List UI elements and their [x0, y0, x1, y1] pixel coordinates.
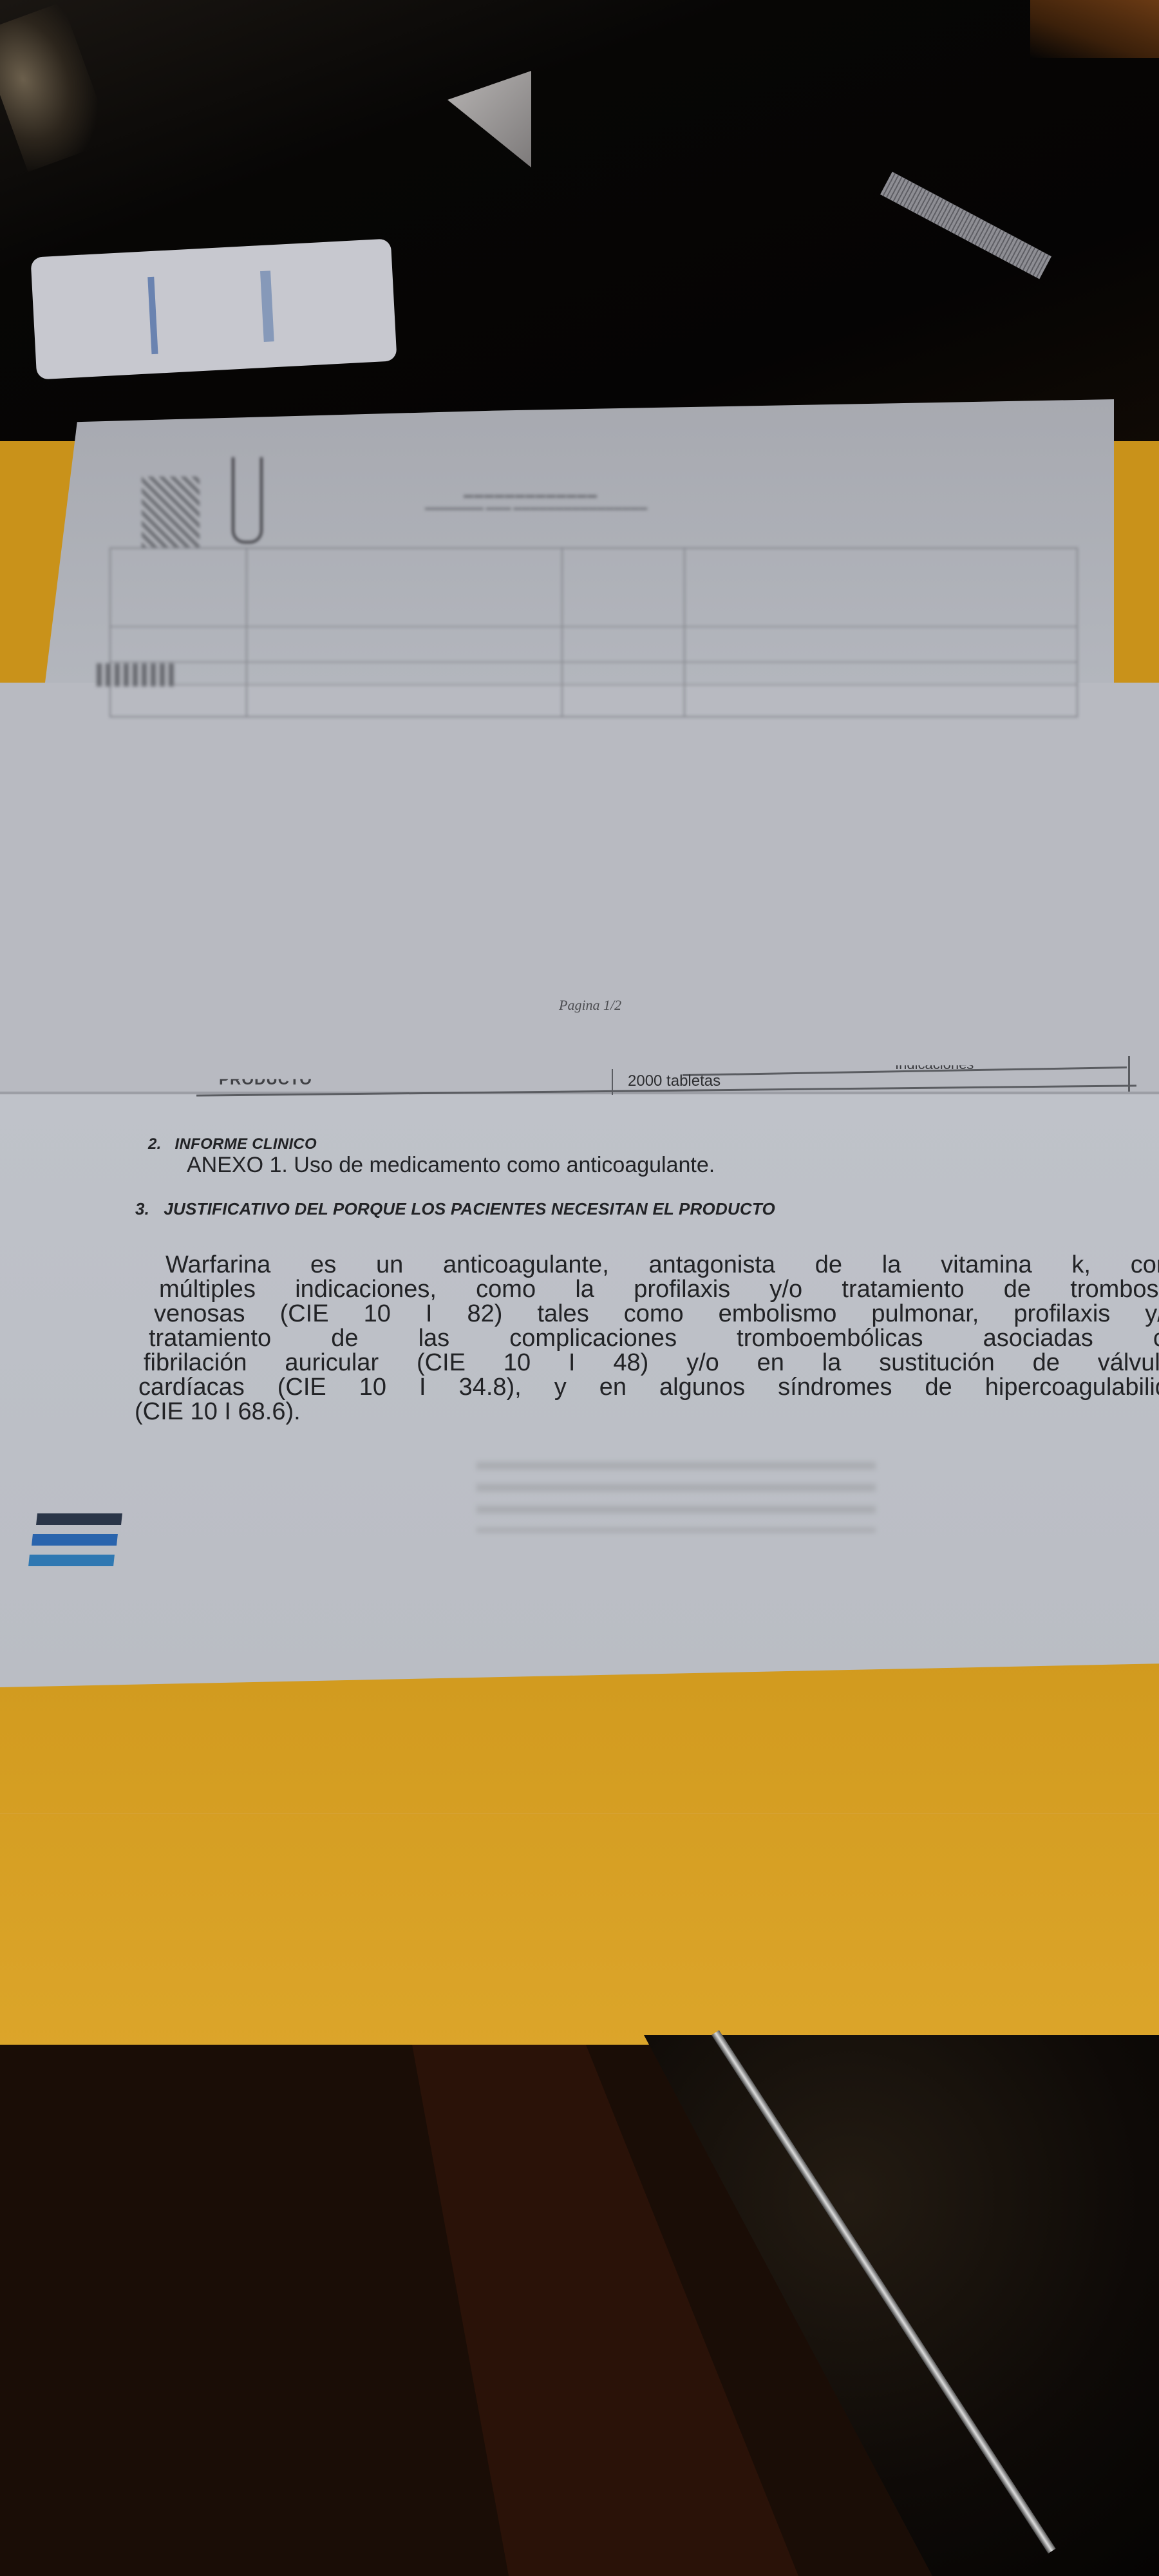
- paragraph-line: tratamiento de las complicaciones trombo…: [149, 1326, 1159, 1350]
- envelope-crease: [0, 1813, 1159, 1814]
- section-3-heading: 3. JUSTIFICATIVO DEL PORQUE LOS PACIENTE…: [135, 1199, 775, 1219]
- card-stripe: [260, 270, 274, 342]
- section-2-body: ANEXO 1. Uso de medicamento como anticoa…: [187, 1153, 715, 1178]
- paragraph-line: fibrilación auricular (CIE 10 I 48) y/o …: [144, 1350, 1159, 1375]
- paragraph-line: (CIE 10 I 68.6).: [135, 1399, 1159, 1424]
- section-3-body: Warfarina es un anticoagulante, antagoni…: [138, 1253, 1159, 1424]
- form-title-blurred: ▬▬▬▬▬▬▬▬▬▬▬▬▬: [464, 489, 598, 500]
- section-title: JUSTIFICATIVO DEL PORQUE LOS PACIENTES N…: [164, 1199, 775, 1218]
- logo-stripe: [36, 1513, 122, 1525]
- envelope-flap: [0, 1649, 1159, 2054]
- section-2-heading: 2. INFORME CLINICO: [148, 1135, 317, 1153]
- three-stripes-logo-icon: [29, 1513, 119, 1571]
- blurred-form: ▬▬▬▬▬▬▬▬▬▬▬▬▬ ▬▬▬▬▬▬▬ ▬▬▬ ▬▬▬▬▬▬▬▬▬▬▬▬▬▬…: [90, 451, 1095, 708]
- orange-object-corner: [1030, 0, 1159, 58]
- section-title: INFORME CLINICO: [175, 1135, 317, 1153]
- page-number: Pagina 1/2: [559, 997, 621, 1014]
- card-stripe: [147, 277, 158, 354]
- white-card: [30, 238, 397, 379]
- logo-stripe: [28, 1555, 115, 1566]
- paragraph-line: cardíacas (CIE 10 I 34.8), y en algunos …: [138, 1375, 1159, 1399]
- show-through-text: [476, 1462, 876, 1533]
- qr-code-icon: [142, 477, 200, 547]
- small-barcode-icon: [97, 663, 174, 687]
- section-number: 3.: [135, 1199, 149, 1218]
- paragraph-line: múltiples indicaciones, como la profilax…: [159, 1277, 1159, 1302]
- form-table-blurred: [109, 547, 1078, 717]
- logo-stripe: [32, 1534, 118, 1546]
- paperclip-icon: [232, 457, 263, 544]
- paragraph-line: venosas (CIE 10 I 82) tales como embolis…: [154, 1302, 1159, 1326]
- paragraph-line: Warfarina es un anticoagulante, antagoni…: [165, 1253, 1159, 1277]
- product-row: [196, 1056, 1133, 1092]
- section-number: 2.: [148, 1135, 162, 1153]
- form-subtitle-blurred: ▬▬▬▬▬▬▬ ▬▬▬ ▬▬▬▬▬▬▬▬▬▬▬▬▬▬▬▬: [425, 502, 647, 512]
- document-page-1: [0, 683, 1159, 1095]
